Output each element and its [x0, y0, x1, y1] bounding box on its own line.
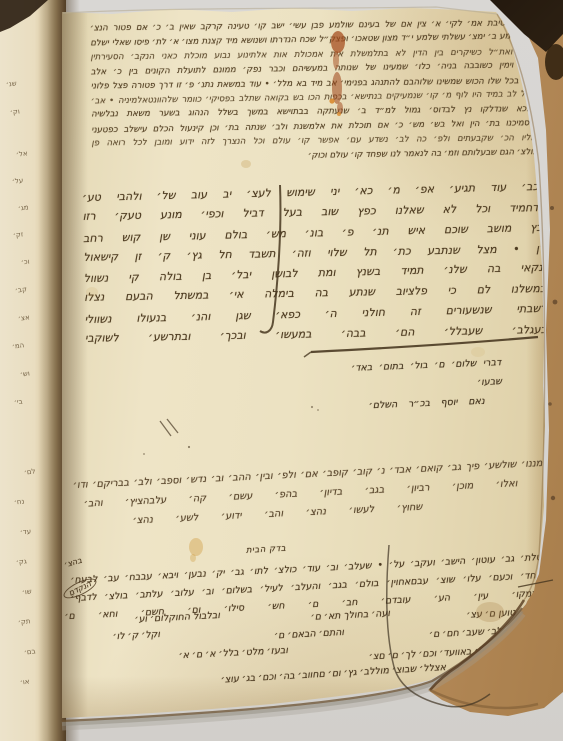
manuscript-page: שלם׳ חטיבת אמ׳ לקי׳ א׳ צין אם של בעינם ש…	[62, 6, 548, 718]
text-block-2: ככב׳ עוד תגיע׳ אפ׳ מ׳ כא׳ יני שימוש לעצ׳…	[82, 178, 547, 349]
facing-page-fragment: המ׳	[12, 341, 25, 350]
facing-page-fragment: גק׳	[16, 557, 28, 566]
facing-page-fragment: עד׳	[20, 527, 32, 536]
facing-page-fragment: אצ׳	[18, 313, 31, 322]
facing-page-fragment: בי׳	[14, 398, 23, 407]
facing-page-fragment: מג׳	[18, 203, 29, 212]
facing-page-fragment: או׳	[20, 677, 30, 686]
manuscript-photo: שנ׳ וק׳ אל׳ על׳ מג׳ זק׳ וכ׳ קב׳ אצ׳ המ׳ …	[0, 0, 563, 741]
section-heading: בדק הבית	[214, 542, 318, 557]
facing-page-fragment: על׳	[12, 176, 24, 185]
facing-page-fragment: נח׳	[14, 497, 25, 506]
facing-page-fragment: אל׳	[16, 149, 28, 158]
text-block-1: שלם׳ חטיבת אמ׳ לקי׳ א׳ צין אם של בעינם ש…	[90, 16, 538, 166]
facing-page-fragment: זק׳	[13, 230, 24, 239]
facing-page-fragment: תק׳	[18, 617, 31, 626]
facing-page-fragment: בם׳	[24, 647, 36, 656]
facing-page-fragment: וכ׳	[21, 258, 30, 267]
handwritten-note: והתם׳ הבאם׳ ם׳	[212, 627, 344, 644]
text-block-3: מננו׳ שולשע׳ פיך גב׳ קואם׳ אבד׳ נ׳ קוב׳ …	[73, 454, 545, 533]
facing-page-fragment: קב׳	[15, 285, 28, 294]
signature-line: דברי שלום׳ ם׳ בול׳ בתום׳ באד׳ שבעו׳	[351, 353, 502, 397]
facing-page-fragment: וק׳	[10, 107, 21, 116]
facing-page-fragment: לם׳	[24, 467, 36, 476]
facing-page-fragment: שנ׳	[6, 79, 18, 88]
signature-block: דברי שלום׳ ם׳ בול׳ בתום׳ באד׳ שבעו׳ נאם …	[351, 353, 503, 416]
facing-page-fragment: שו׳	[22, 587, 33, 596]
handwritten-note: ובעז׳ מלט׳ בלל׳ א׳ ם׳ א׳	[142, 645, 288, 663]
signature-name: נאם יוסף בכ״ר השלם׳	[368, 392, 485, 415]
facing-page-fragment: וש׳	[20, 369, 31, 378]
